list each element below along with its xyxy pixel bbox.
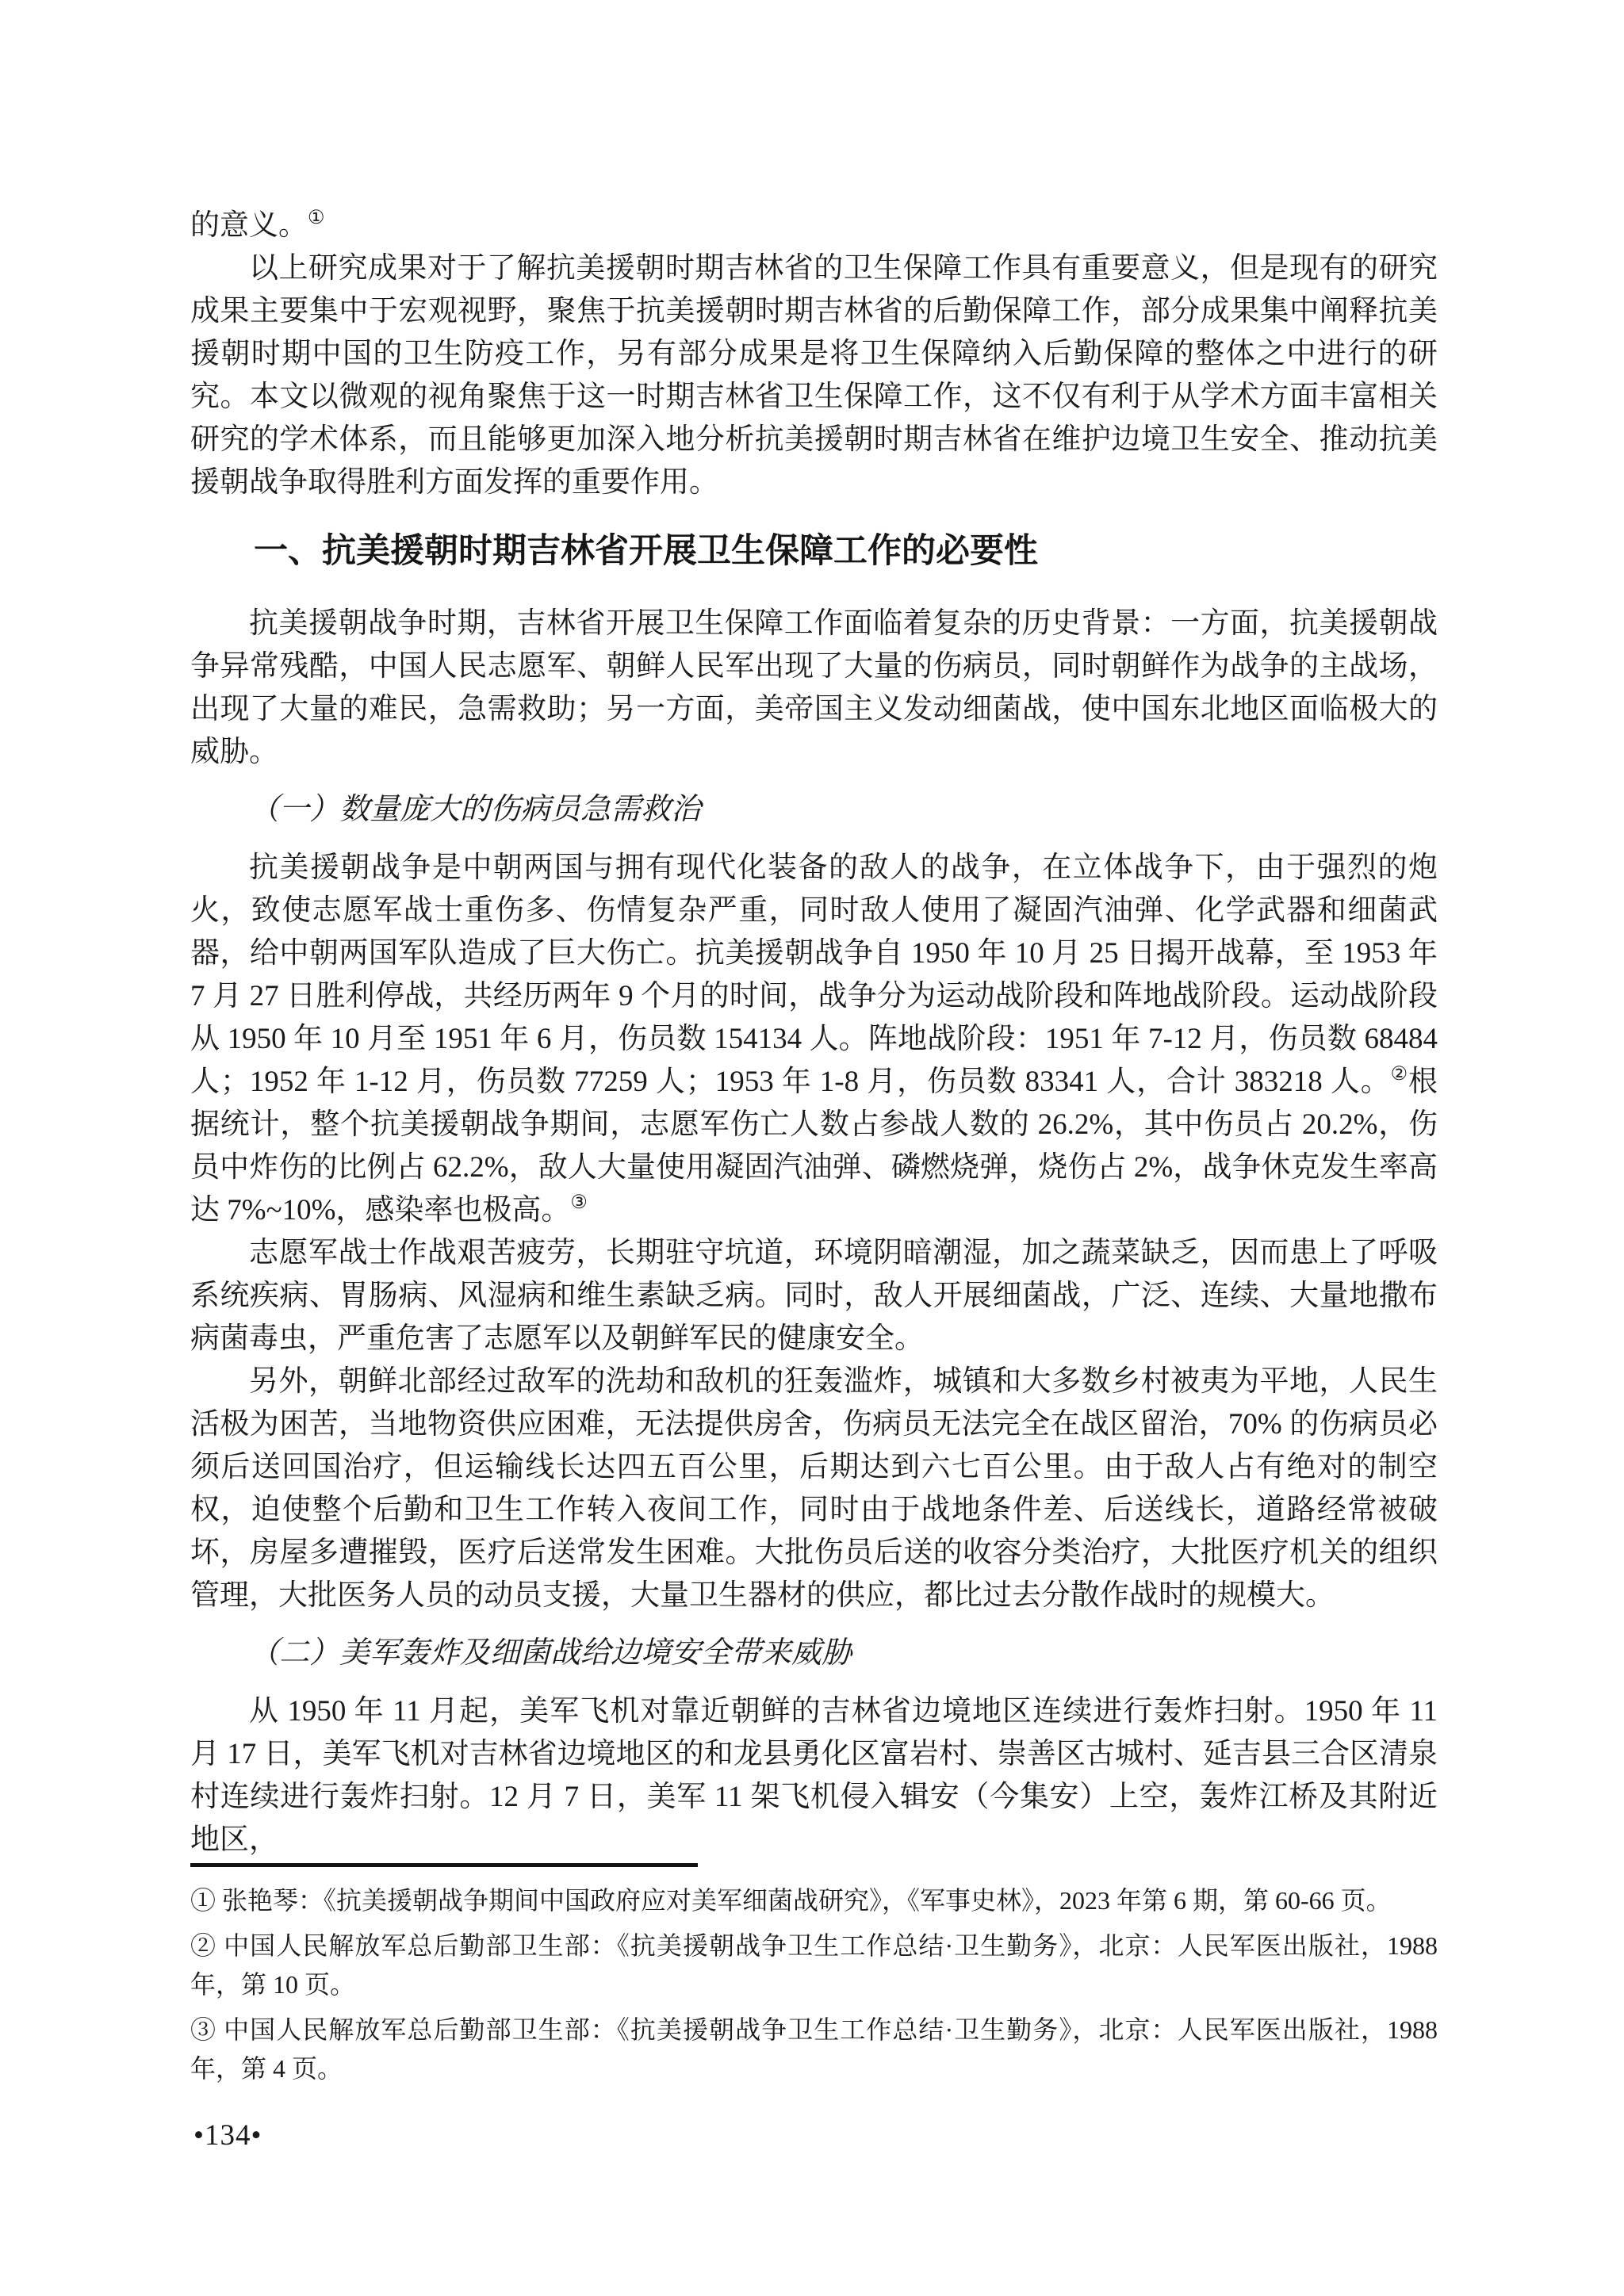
article-body: 的意义。① 以上研究成果对于了解抗美援朝时期吉林省的卫生保障工作具有重要意义，但… (190, 205, 1438, 1862)
paragraph-evacuation: 另外，朝鲜北部经过敌军的洗劫和敌机的狂轰滥炸，城镇和大多数乡村被夷为平地，人民生… (190, 1360, 1438, 1617)
paragraph-casualties: 抗美援朝战争是中朝两国与拥有现代化装备的敌人的战争，在立体战争下，由于强烈的炮火… (190, 847, 1438, 1232)
paragraph-overview: 以上研究成果对于了解抗美援朝时期吉林省的卫生保障工作具有重要意义，但是现有的研究… (190, 247, 1438, 504)
paragraph-bombing: 从 1950 年 11 月起，美军飞机对靠近朝鲜的吉林省边境地区连续进行轰炸扫射… (190, 1690, 1438, 1862)
footnotes-section: ① 张艳琴：《抗美援朝战争期间中国政府应对美军细菌战研究》，《军事史林》，202… (190, 1863, 1438, 2095)
footnote-1: ① 张艳琴：《抗美援朝战争期间中国政府应对美军细菌战研究》，《军事史林》，202… (190, 1881, 1438, 1920)
paragraph-background: 抗美援朝战争时期，吉林省开展卫生保障工作面临着复杂的历史背景：一方面，抗美援朝战… (190, 603, 1438, 774)
paragraph-continuation: 的意义。① (190, 205, 1438, 247)
footnote-separator (190, 1863, 698, 1867)
page-number: •134• (193, 2118, 262, 2152)
continuation-text: 的意义。 (190, 209, 308, 242)
subsection-heading-2: （二）美军轰炸及细菌战给边境安全带来威胁 (190, 1632, 1438, 1674)
footnote-2: ② 中国人民解放军总后勤部卫生部：《抗美援朝战争卫生工作总结·卫生勤务》，北京：… (190, 1927, 1438, 2004)
section-heading-1: 一、抗美援朝时期吉林省开展卫生保障工作的必要性 (190, 528, 1438, 574)
casualty-text-part1: 抗美援朝战争是中朝两国与拥有现代化装备的敌人的战争，在立体战争下，由于强烈的炮火… (190, 851, 1438, 1098)
footnote-ref-2: ② (1391, 1064, 1408, 1085)
subsection-heading-1: （一）数量庞大的伤病员急需救治 (190, 788, 1438, 831)
footnote-ref-3: ③ (570, 1192, 588, 1213)
paragraph-disease: 志愿军战士作战艰苦疲劳，长期驻守坑道，环境阴暗潮湿，加之蔬菜缺乏，因而患上了呼吸… (190, 1232, 1438, 1360)
document-page: 的意义。① 以上研究成果对于了解抗美援朝时期吉林省的卫生保障工作具有重要意义，但… (0, 0, 1624, 2296)
footnote-ref-1: ① (308, 208, 325, 228)
footnote-3: ③ 中国人民解放军总后勤部卫生部：《抗美援朝战争卫生工作总结·卫生勤务》，北京：… (190, 2011, 1438, 2088)
